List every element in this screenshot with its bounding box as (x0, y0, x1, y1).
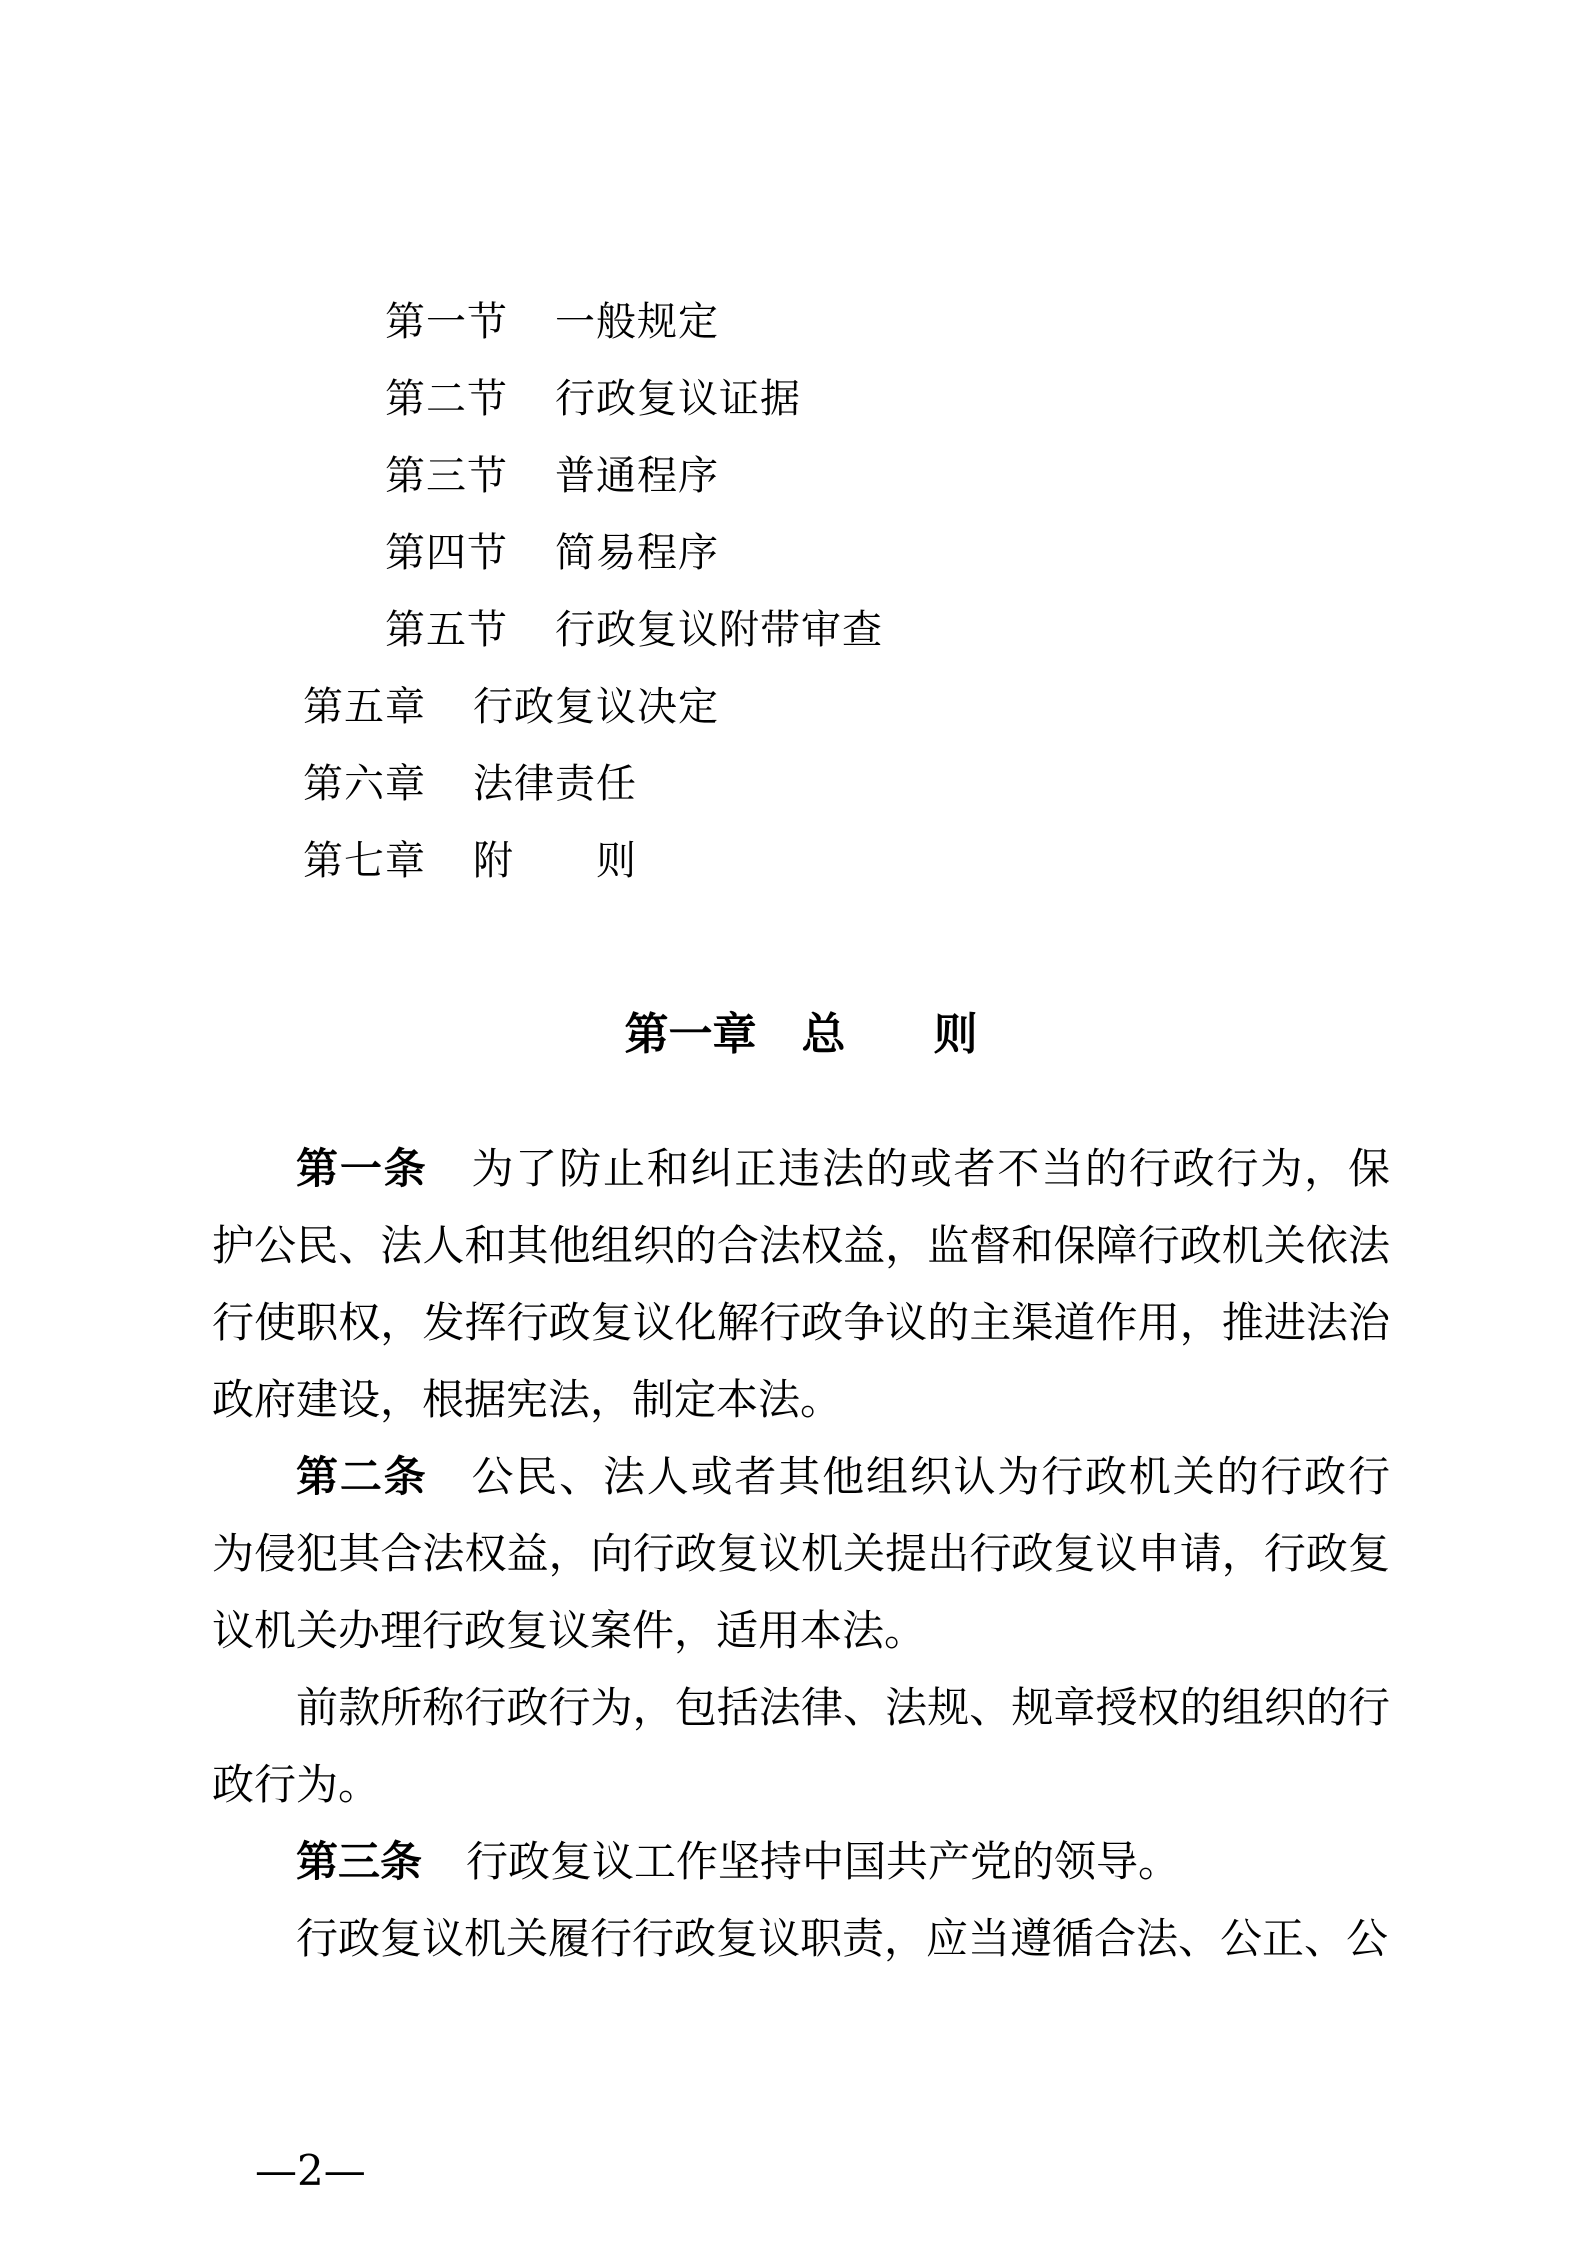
toc-entry-title: 行政复议决定 (473, 684, 719, 730)
paragraph-text: 行政复议机关履行行政复议职责，应当遵循合法、公正、公 (296, 1914, 1388, 1963)
toc-row: 第五节行政复议附带审查 (0, 592, 1587, 669)
article-number-label: 第一条 (296, 1144, 427, 1193)
article-paragraph: 第二条公民、法人或者其他组织认为行政机关的行政行为侵犯其合法权益，向行政复议机关… (212, 1438, 1390, 1669)
article-paragraph: 第三条行政复议工作坚持中国共产党的领导。 (212, 1823, 1390, 1900)
toc-entry-label: 第五章 (303, 684, 426, 730)
document-page: 第一节一般规定 第二节行政复议证据 第三节普通程序 第四节简易程序 第五节行政复… (0, 0, 1587, 2245)
toc-entry-title: 普通程序 (555, 453, 719, 499)
table-of-contents: 第一节一般规定 第二节行政复议证据 第三节普通程序 第四节简易程序 第五节行政复… (0, 284, 1587, 900)
chapter-heading-title: 总 则 (802, 1009, 978, 1060)
chapter-heading-label: 第一章 (625, 1009, 757, 1060)
toc-row: 第七章附 则 (0, 823, 1587, 900)
toc-row: 第六章法律责任 (0, 746, 1587, 823)
toc-entry-label: 第七章 (303, 838, 426, 884)
toc-row: 第三节普通程序 (0, 438, 1587, 515)
article-paragraph: 前款所称行政行为，包括法律、法规、规章授权的组织的行政行为。 (212, 1669, 1390, 1823)
chapter-heading: 第一章总 则 (212, 996, 1390, 1073)
toc-entry-title: 附 则 (473, 838, 637, 884)
toc-entry-label: 第三节 (385, 453, 508, 499)
toc-entry-title: 一般规定 (555, 299, 719, 345)
article-paragraph: 第一条为了防止和纠正违法的或者不当的行政行为，保护公民、法人和其他组织的合法权益… (212, 1130, 1390, 1438)
toc-entry-title: 行政复议证据 (555, 376, 801, 422)
paragraph-text: 前款所称行政行为，包括法律、法规、规章授权的组织的行政行为。 (212, 1683, 1390, 1809)
toc-row: 第二节行政复议证据 (0, 361, 1587, 438)
toc-row: 第五章行政复议决定 (0, 669, 1587, 746)
toc-entry-title: 法律责任 (473, 761, 637, 807)
toc-entry-title: 简易程序 (555, 530, 719, 576)
article-body: 第一条为了防止和纠正违法的或者不当的行政行为，保护公民、法人和其他组织的合法权益… (212, 1130, 1390, 1977)
toc-entry-label: 第二节 (385, 376, 508, 422)
article-number-label: 第二条 (296, 1452, 427, 1501)
page-number: —2— (255, 2132, 366, 2209)
article-number-label: 第三条 (296, 1837, 422, 1886)
toc-entry-title: 行政复议附带审查 (555, 607, 883, 653)
toc-row: 第一节一般规定 (0, 284, 1587, 361)
article-paragraph: 行政复议机关履行行政复议职责，应当遵循合法、公正、公 (212, 1900, 1390, 1977)
toc-entry-label: 第一节 (385, 299, 508, 345)
toc-entry-label: 第五节 (385, 607, 508, 653)
toc-entry-label: 第六章 (303, 761, 426, 807)
toc-row: 第四节简易程序 (0, 515, 1587, 592)
toc-entry-label: 第四节 (385, 530, 508, 576)
paragraph-text: 行政复议工作坚持中国共产党的领导。 (466, 1837, 1180, 1886)
